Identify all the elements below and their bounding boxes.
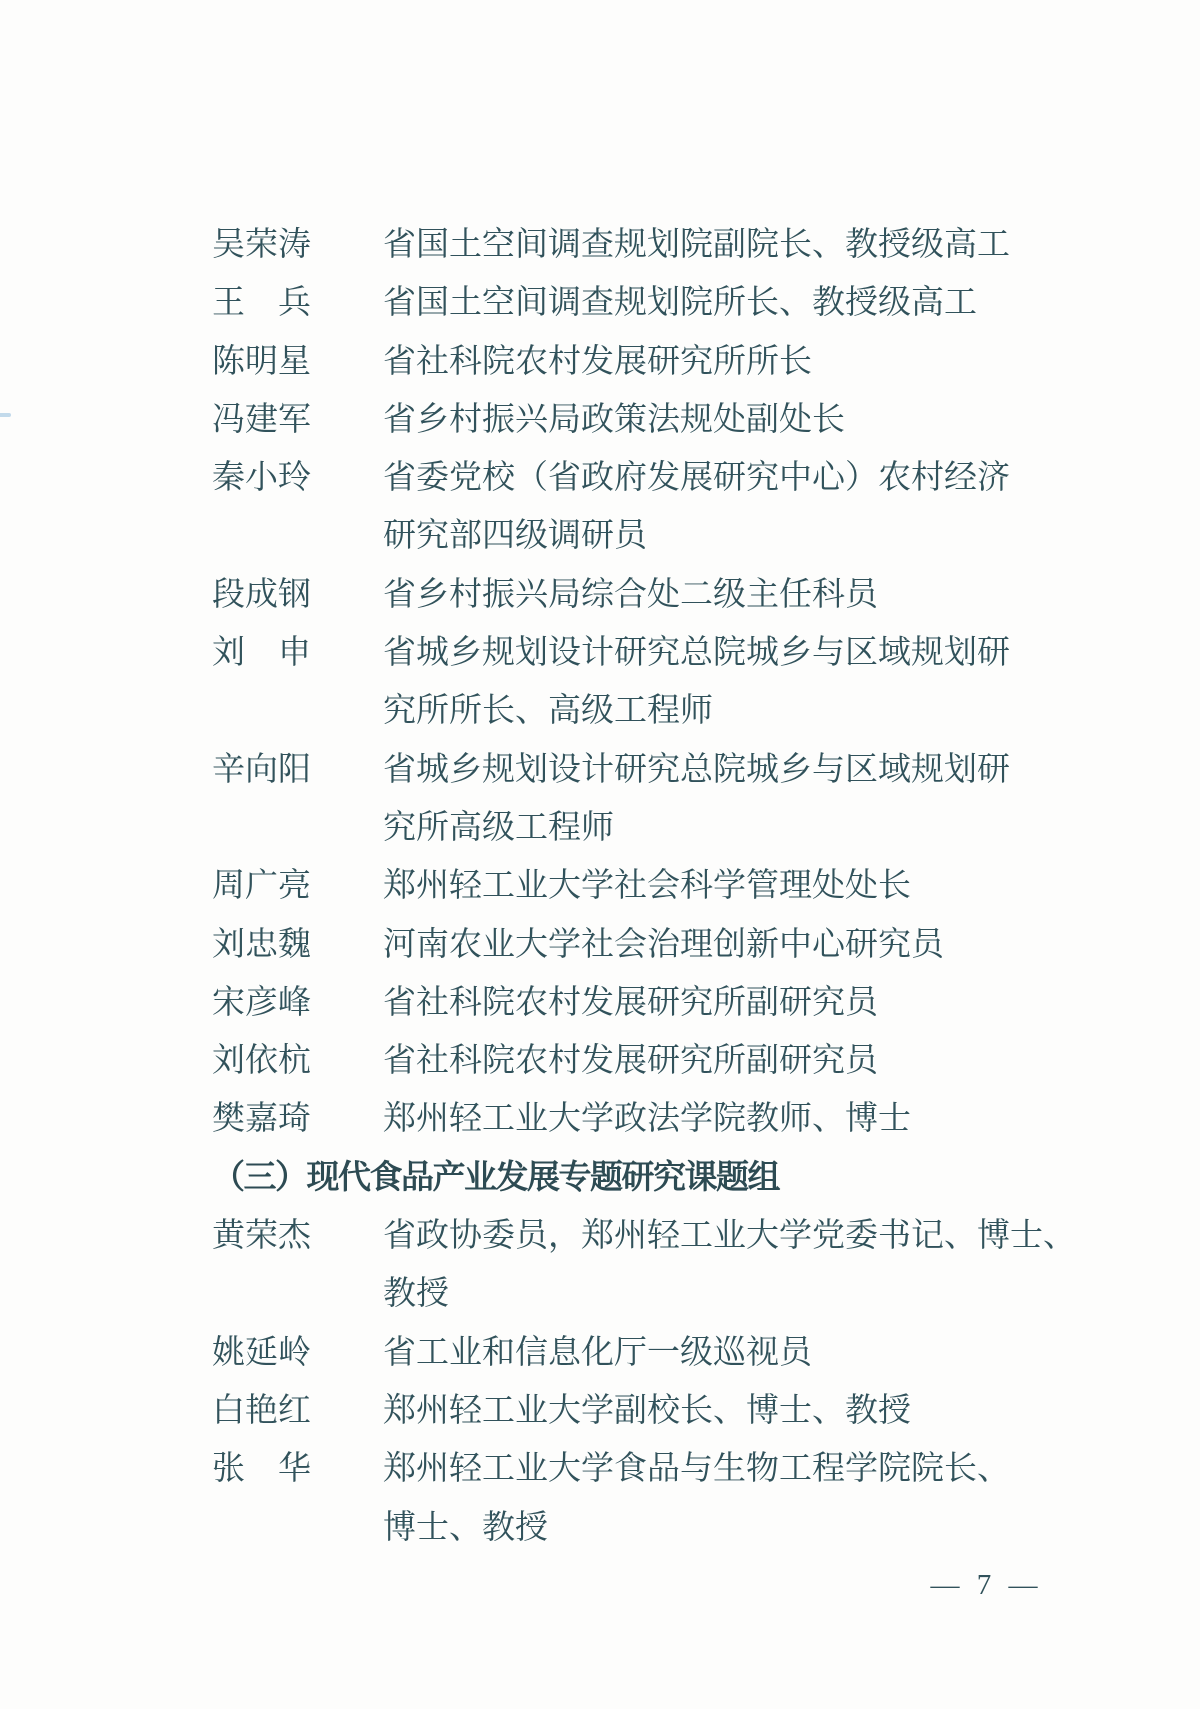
person-name: 吴荣涛: [212, 216, 312, 274]
scan-edge-artifact: [0, 413, 11, 417]
person-title-line: 究所高级工程师: [383, 799, 1010, 857]
person-title-line: 教授: [383, 1265, 1076, 1323]
person-name: 周广亮: [212, 857, 312, 915]
person-title-line: 省国土空间调查规划院副院长、教授级高工: [383, 216, 1010, 274]
person-title: 省社科院农村发展研究所副研究员: [383, 1032, 878, 1090]
person-title: 省社科院农村发展研究所副研究员: [383, 974, 878, 1032]
person-name: 白艳红: [212, 1382, 312, 1440]
person-title: 省城乡规划设计研究总院城乡与区域规划研究所所长、高级工程师: [383, 624, 1010, 741]
person-title-line: 省委党校（省政府发展研究中心）农村经济: [383, 449, 1010, 507]
person-name: 秦小玲: [212, 449, 312, 507]
person-title-line: 博士、教授: [383, 1499, 1010, 1557]
person-title-line: 郑州轻工业大学副校长、博士、教授: [383, 1382, 911, 1440]
person-title-line: 研究部四级调研员: [383, 507, 1010, 565]
person-title-line: 省国土空间调查规划院所长、教授级高工: [383, 274, 977, 332]
page-footer: — 7 —: [920, 1565, 1048, 1605]
person-title: 郑州轻工业大学政法学院教师、博士: [383, 1090, 911, 1148]
list-item: 刘依杭 省社科院农村发展研究所副研究员: [212, 1032, 1076, 1090]
list-item: 冯建军 省乡村振兴局政策法规处副处长: [212, 391, 1076, 449]
person-title-line: 省政协委员，郑州轻工业大学党委书记、博士、: [383, 1207, 1076, 1265]
person-title: 省国土空间调查规划院副院长、教授级高工: [383, 216, 1010, 274]
person-title: 省国土空间调查规划院所长、教授级高工: [383, 274, 977, 332]
person-title-line: 河南农业大学社会治理创新中心研究员: [383, 916, 944, 974]
document-page: 吴荣涛 省国土空间调查规划院副院长、教授级高工 王 兵 省国土空间调查规划院所长…: [0, 0, 1200, 1709]
person-title: 省乡村振兴局综合处二级主任科员: [383, 566, 878, 624]
list-item: 辛向阳 省城乡规划设计研究总院城乡与区域规划研究所高级工程师: [212, 741, 1076, 858]
person-title-line: 省工业和信息化厅一级巡视员: [383, 1324, 812, 1382]
person-title: 省社科院农村发展研究所所长: [383, 333, 812, 391]
list-item: 樊嘉琦 郑州轻工业大学政法学院教师、博士: [212, 1090, 1076, 1148]
person-name: 刘依杭: [212, 1032, 312, 1090]
page-number: — 7 —: [931, 1569, 1038, 1601]
list-item: 王 兵 省国土空间调查规划院所长、教授级高工: [212, 274, 1076, 332]
person-title-line: 省城乡规划设计研究总院城乡与区域规划研: [383, 624, 1010, 682]
person-name: 张 华: [212, 1440, 312, 1498]
list-item: 秦小玲 省委党校（省政府发展研究中心）农村经济研究部四级调研员: [212, 449, 1076, 566]
person-name: 刘忠魏: [212, 916, 312, 974]
person-title-line: 省社科院农村发展研究所副研究员: [383, 1032, 878, 1090]
person-name: 宋彦峰: [212, 974, 312, 1032]
person-name: 段成钢: [212, 566, 312, 624]
person-title: 河南农业大学社会治理创新中心研究员: [383, 916, 944, 974]
person-title: 省政协委员，郑州轻工业大学党委书记、博士、教授: [383, 1207, 1076, 1324]
person-name: 陈明星: [212, 333, 312, 391]
person-title-line: 究所所长、高级工程师: [383, 682, 1010, 740]
list-item: 白艳红 郑州轻工业大学副校长、博士、教授: [212, 1382, 1076, 1440]
person-title-line: 省乡村振兴局综合处二级主任科员: [383, 566, 878, 624]
list-item: 刘 申 省城乡规划设计研究总院城乡与区域规划研究所所长、高级工程师: [212, 624, 1076, 741]
person-title: 省城乡规划设计研究总院城乡与区域规划研究所高级工程师: [383, 741, 1010, 858]
person-title-line: 省乡村振兴局政策法规处副处长: [383, 391, 845, 449]
section-heading-label: （三）现代食品产业发展专题研究课题组: [212, 1149, 779, 1207]
person-title-line: 省社科院农村发展研究所副研究员: [383, 974, 878, 1032]
person-name: 王 兵: [212, 274, 312, 332]
list-item: 张 华 郑州轻工业大学食品与生物工程学院院长、博士、教授: [212, 1440, 1076, 1557]
person-title-line: 郑州轻工业大学政法学院教师、博士: [383, 1090, 911, 1148]
person-title: 省工业和信息化厅一级巡视员: [383, 1324, 812, 1382]
person-title-line: 省城乡规划设计研究总院城乡与区域规划研: [383, 741, 1010, 799]
person-title-line: 郑州轻工业大学社会科学管理处处长: [383, 857, 911, 915]
person-name: 樊嘉琦: [212, 1090, 312, 1148]
person-name: 刘 申: [212, 624, 312, 682]
person-title: 郑州轻工业大学社会科学管理处处长: [383, 857, 911, 915]
person-title-line: 郑州轻工业大学食品与生物工程学院院长、: [383, 1440, 1010, 1498]
list-item: 段成钢 省乡村振兴局综合处二级主任科员: [212, 566, 1076, 624]
list-item: 吴荣涛 省国土空间调查规划院副院长、教授级高工: [212, 216, 1076, 274]
list-item: 刘忠魏 河南农业大学社会治理创新中心研究员: [212, 916, 1076, 974]
list-item: 黄荣杰 省政协委员，郑州轻工业大学党委书记、博士、教授: [212, 1207, 1076, 1324]
person-name: 辛向阳: [212, 741, 312, 799]
person-title-line: 省社科院农村发展研究所所长: [383, 333, 812, 391]
person-name: 姚延岭: [212, 1324, 312, 1382]
list-item: 姚延岭 省工业和信息化厅一级巡视员: [212, 1324, 1076, 1382]
section-heading: （三）现代食品产业发展专题研究课题组: [212, 1149, 1076, 1207]
person-name: 黄荣杰: [212, 1207, 312, 1265]
list-item: 陈明星 省社科院农村发展研究所所长: [212, 333, 1076, 391]
person-title: 郑州轻工业大学副校长、博士、教授: [383, 1382, 911, 1440]
person-title: 省乡村振兴局政策法规处副处长: [383, 391, 845, 449]
list-item: 宋彦峰 省社科院农村发展研究所副研究员: [212, 974, 1076, 1032]
person-name: 冯建军: [212, 391, 312, 449]
list-item: 周广亮 郑州轻工业大学社会科学管理处处长: [212, 857, 1076, 915]
person-title: 郑州轻工业大学食品与生物工程学院院长、博士、教授: [383, 1440, 1010, 1557]
personnel-list: 吴荣涛 省国土空间调查规划院副院长、教授级高工 王 兵 省国土空间调查规划院所长…: [212, 216, 1076, 1557]
person-title: 省委党校（省政府发展研究中心）农村经济研究部四级调研员: [383, 449, 1010, 566]
